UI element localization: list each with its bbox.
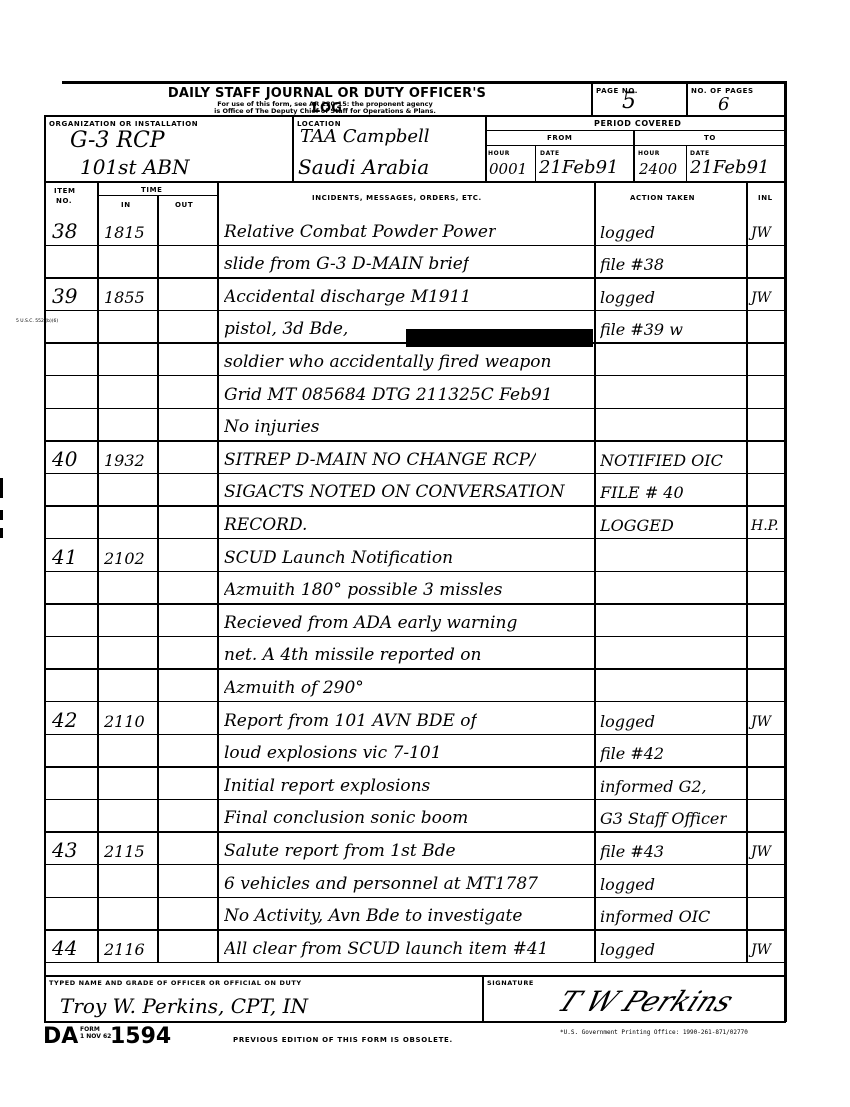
col-item-line1: ITEM xyxy=(54,187,76,195)
item-no-cell[interactable]: 42 xyxy=(52,708,77,732)
incident-text-cell[interactable]: net. A 4th missile reported on xyxy=(224,645,481,665)
time-in-cell[interactable]: 2115 xyxy=(104,842,145,861)
typed-name-value[interactable]: Troy W. Perkins, CPT, IN xyxy=(60,994,308,1018)
initials-cell[interactable]: JW xyxy=(751,942,771,958)
action-taken-cell[interactable]: informed G2, xyxy=(600,777,707,796)
divider xyxy=(44,1021,786,1023)
margin-note: 5 U.S.C. 552 (b)(6) xyxy=(16,319,58,324)
action-taken-cell[interactable]: file #39 w xyxy=(600,320,683,339)
location-line1[interactable]: TAA Campbell xyxy=(300,126,430,147)
divider xyxy=(485,145,785,146)
to-date-label: DATE xyxy=(690,150,710,157)
table-row: 391855Accidental discharge M1911loggedJW xyxy=(44,279,786,312)
col-inl: INL xyxy=(758,194,773,202)
redaction-bar xyxy=(406,329,593,347)
table-row: slide from G-3 D-MAIN brieffile #38 xyxy=(44,247,786,280)
row-rule xyxy=(44,962,786,964)
incident-text-cell[interactable]: Salute report from 1st Bde xyxy=(224,841,456,861)
from-hour-label: HOUR xyxy=(488,150,510,157)
divider xyxy=(44,181,786,183)
initials-cell[interactable]: H.P. xyxy=(751,518,779,534)
divider xyxy=(482,975,484,1022)
table-row: Initial report explosionsinformed G2, xyxy=(44,768,786,801)
initials-cell[interactable]: JW xyxy=(751,290,771,306)
incident-text-cell[interactable]: Azmuith of 290° xyxy=(224,678,364,698)
incident-text-cell[interactable]: slide from G-3 D-MAIN brief xyxy=(224,254,469,274)
incident-text-cell[interactable]: SITREP D-MAIN NO CHANGE RCP/ xyxy=(224,450,536,470)
form-date: 1 NOV 62 xyxy=(80,1034,111,1040)
table-row: Grid MT 085684 DTG 211325C Feb91 xyxy=(44,377,786,410)
time-in-cell[interactable]: 1932 xyxy=(104,451,145,470)
incident-text-cell[interactable]: 6 vehicles and personnel at MT1787 xyxy=(224,874,538,894)
incident-text-cell[interactable]: Grid MT 085684 DTG 211325C Feb91 xyxy=(224,385,553,405)
item-no-cell[interactable]: 43 xyxy=(52,838,77,862)
incident-text-cell[interactable]: Relative Combat Powder Power xyxy=(224,222,496,242)
to-date-value[interactable]: 21Feb91 xyxy=(690,157,770,178)
item-no-cell[interactable]: 40 xyxy=(52,447,77,471)
col-time-out: OUT xyxy=(175,201,193,209)
period-covered-label: PERIOD COVERED xyxy=(594,119,681,128)
time-in-cell[interactable]: 2102 xyxy=(104,549,145,568)
incident-text-cell[interactable]: loud explosions vic 7-101 xyxy=(224,743,442,763)
margin-mark xyxy=(0,510,3,520)
form-prefix: DA xyxy=(43,1024,78,1049)
to-label: TO xyxy=(704,134,716,142)
item-no-cell[interactable]: 39 xyxy=(52,284,77,308)
organization-line1[interactable]: G-3 RCP xyxy=(70,128,165,153)
table-row: 442116All clear from SCUD launch item #4… xyxy=(44,931,786,964)
incident-text-cell[interactable]: Recieved from ADA early warning xyxy=(224,613,517,633)
table-row: 401932SITREP D-MAIN NO CHANGE RCP/NOTIFI… xyxy=(44,442,786,475)
incident-text-cell[interactable]: RECORD. xyxy=(224,515,307,535)
initials-cell[interactable]: JW xyxy=(751,714,771,730)
incident-text-cell[interactable]: Initial report explosions xyxy=(224,776,430,796)
organization-line2[interactable]: 101st ABN xyxy=(80,155,189,179)
action-taken-cell[interactable]: file #43 xyxy=(600,842,664,861)
from-hour-value[interactable]: 0001 xyxy=(489,160,527,178)
item-no-cell[interactable]: 41 xyxy=(52,545,77,569)
col-time: TIME xyxy=(141,186,163,194)
incident-text-cell[interactable]: Accidental discharge M1911 xyxy=(224,287,471,307)
divider xyxy=(485,115,487,182)
action-taken-cell[interactable]: LOGGED xyxy=(600,516,674,535)
action-taken-cell[interactable]: logged xyxy=(600,712,655,731)
col-time-in: IN xyxy=(121,201,131,209)
action-taken-cell[interactable]: FILE # 40 xyxy=(600,483,684,502)
action-taken-cell[interactable]: logged xyxy=(600,940,655,959)
incident-text-cell[interactable]: pistol, 3d Bde, xyxy=(224,319,348,339)
incident-text-cell[interactable]: No Activity, Avn Bde to investigate xyxy=(224,906,522,926)
initials-cell[interactable]: JW xyxy=(751,225,771,241)
divider xyxy=(292,115,294,182)
table-row: 6 vehicles and personnel at MT1787logged xyxy=(44,866,786,899)
divider xyxy=(633,130,635,182)
time-in-cell[interactable]: 1815 xyxy=(104,223,145,242)
action-taken-cell[interactable]: logged xyxy=(600,223,655,242)
table-row: RECORD.LOGGEDH.P. xyxy=(44,507,786,540)
action-taken-cell[interactable]: informed OIC xyxy=(600,907,710,926)
to-hour-label: HOUR xyxy=(638,150,660,157)
divider xyxy=(485,130,785,131)
action-taken-cell[interactable]: file #42 xyxy=(600,744,664,763)
action-taken-cell[interactable]: logged xyxy=(600,288,655,307)
incident-text-cell[interactable]: SCUD Launch Notification xyxy=(224,548,453,568)
table-row: 432115Salute report from 1st Bdefile #43… xyxy=(44,833,786,866)
action-taken-cell[interactable]: logged xyxy=(600,875,655,894)
table-row: SIGACTS NOTED ON CONVERSATIONFILE # 40 xyxy=(44,475,786,508)
incident-text-cell[interactable]: No injuries xyxy=(224,417,319,437)
action-taken-cell[interactable]: NOTIFIED OIC xyxy=(600,451,723,470)
signature-label: SIGNATURE xyxy=(487,979,534,987)
incident-text-cell[interactable]: Report from 101 AVN BDE of xyxy=(224,711,477,731)
table-row: 422110Report from 101 AVN BDE ofloggedJW xyxy=(44,703,786,736)
page-no-value[interactable]: 5 xyxy=(622,89,636,114)
top-rule xyxy=(62,81,787,84)
incident-text-cell[interactable]: All clear from SCUD launch item #41 xyxy=(224,939,549,959)
location-line2[interactable]: Saudi Arabia xyxy=(298,155,429,179)
initials-cell[interactable]: JW xyxy=(751,844,771,860)
item-no-cell[interactable]: 38 xyxy=(52,219,77,243)
time-in-cell[interactable]: 2116 xyxy=(104,940,145,959)
col-incidents: INCIDENTS, MESSAGES, ORDERS, ETC. xyxy=(312,194,482,202)
table-row: 381815Relative Combat Powder Powerlogged… xyxy=(44,214,786,247)
margin-mark xyxy=(0,528,3,538)
incident-text-cell[interactable]: Azmuith 180° possible 3 missles xyxy=(224,580,503,600)
col-action-taken: ACTION TAKEN xyxy=(630,194,695,202)
incident-text-cell[interactable]: soldier who accidentally fired weapon xyxy=(224,352,551,372)
margin-mark xyxy=(0,478,3,498)
table-row: No injuries xyxy=(44,410,786,443)
incident-text-cell[interactable]: SIGACTS NOTED ON CONVERSATION xyxy=(224,482,565,502)
table-row: Azmuith 180° possible 3 missles xyxy=(44,573,786,606)
no-of-pages-value[interactable]: 6 xyxy=(718,94,729,115)
action-taken-cell[interactable]: file #38 xyxy=(600,255,664,274)
divider xyxy=(44,975,786,977)
time-in-cell[interactable]: 2110 xyxy=(104,712,145,731)
table-row: net. A 4th missile reported on xyxy=(44,638,786,671)
divider xyxy=(44,115,786,117)
divider xyxy=(686,145,687,182)
divider xyxy=(535,145,536,182)
table-row: 412102SCUD Launch Notification xyxy=(44,540,786,573)
item-no-cell[interactable]: 44 xyxy=(52,936,77,960)
table-row: Azmuith of 290° xyxy=(44,670,786,703)
table-row: Recieved from ADA early warning xyxy=(44,605,786,638)
divider xyxy=(591,81,593,115)
time-in-cell[interactable]: 1855 xyxy=(104,288,145,307)
table-row: loud explosions vic 7-101file #42 xyxy=(44,736,786,769)
form-number: 1594 xyxy=(110,1024,171,1049)
from-date-label: DATE xyxy=(540,150,560,157)
action-taken-cell[interactable]: G3 Staff Officer xyxy=(600,809,727,828)
col-item-line2: NO. xyxy=(56,197,72,205)
organization-label: ORGANIZATION OR INSTALLATION xyxy=(49,120,198,128)
table-row: soldier who accidentally fired weapon xyxy=(44,344,786,377)
form-subtitle-2: is Office of The Deputy Chief of Staff f… xyxy=(150,108,500,115)
from-label: FROM xyxy=(547,134,573,142)
typed-name-label: TYPED NAME AND GRADE OF OFFICER OR OFFIC… xyxy=(49,979,302,987)
previous-edition-note: PREVIOUS EDITION OF THIS FORM IS OBSOLET… xyxy=(233,1036,453,1044)
table-row: No Activity, Avn Bde to investigateinfor… xyxy=(44,899,786,932)
incident-text-cell[interactable]: Final conclusion sonic boom xyxy=(224,808,468,828)
signature-value[interactable]: T W Perkins xyxy=(552,985,739,1018)
table-row: Final conclusion sonic boomG3 Staff Offi… xyxy=(44,801,786,834)
to-hour-value[interactable]: 2400 xyxy=(639,160,677,178)
from-date-value[interactable]: 21Feb91 xyxy=(539,157,619,178)
divider xyxy=(686,81,688,115)
gpo-imprint: *U.S. Government Printing Office: 1990-2… xyxy=(560,1029,748,1036)
